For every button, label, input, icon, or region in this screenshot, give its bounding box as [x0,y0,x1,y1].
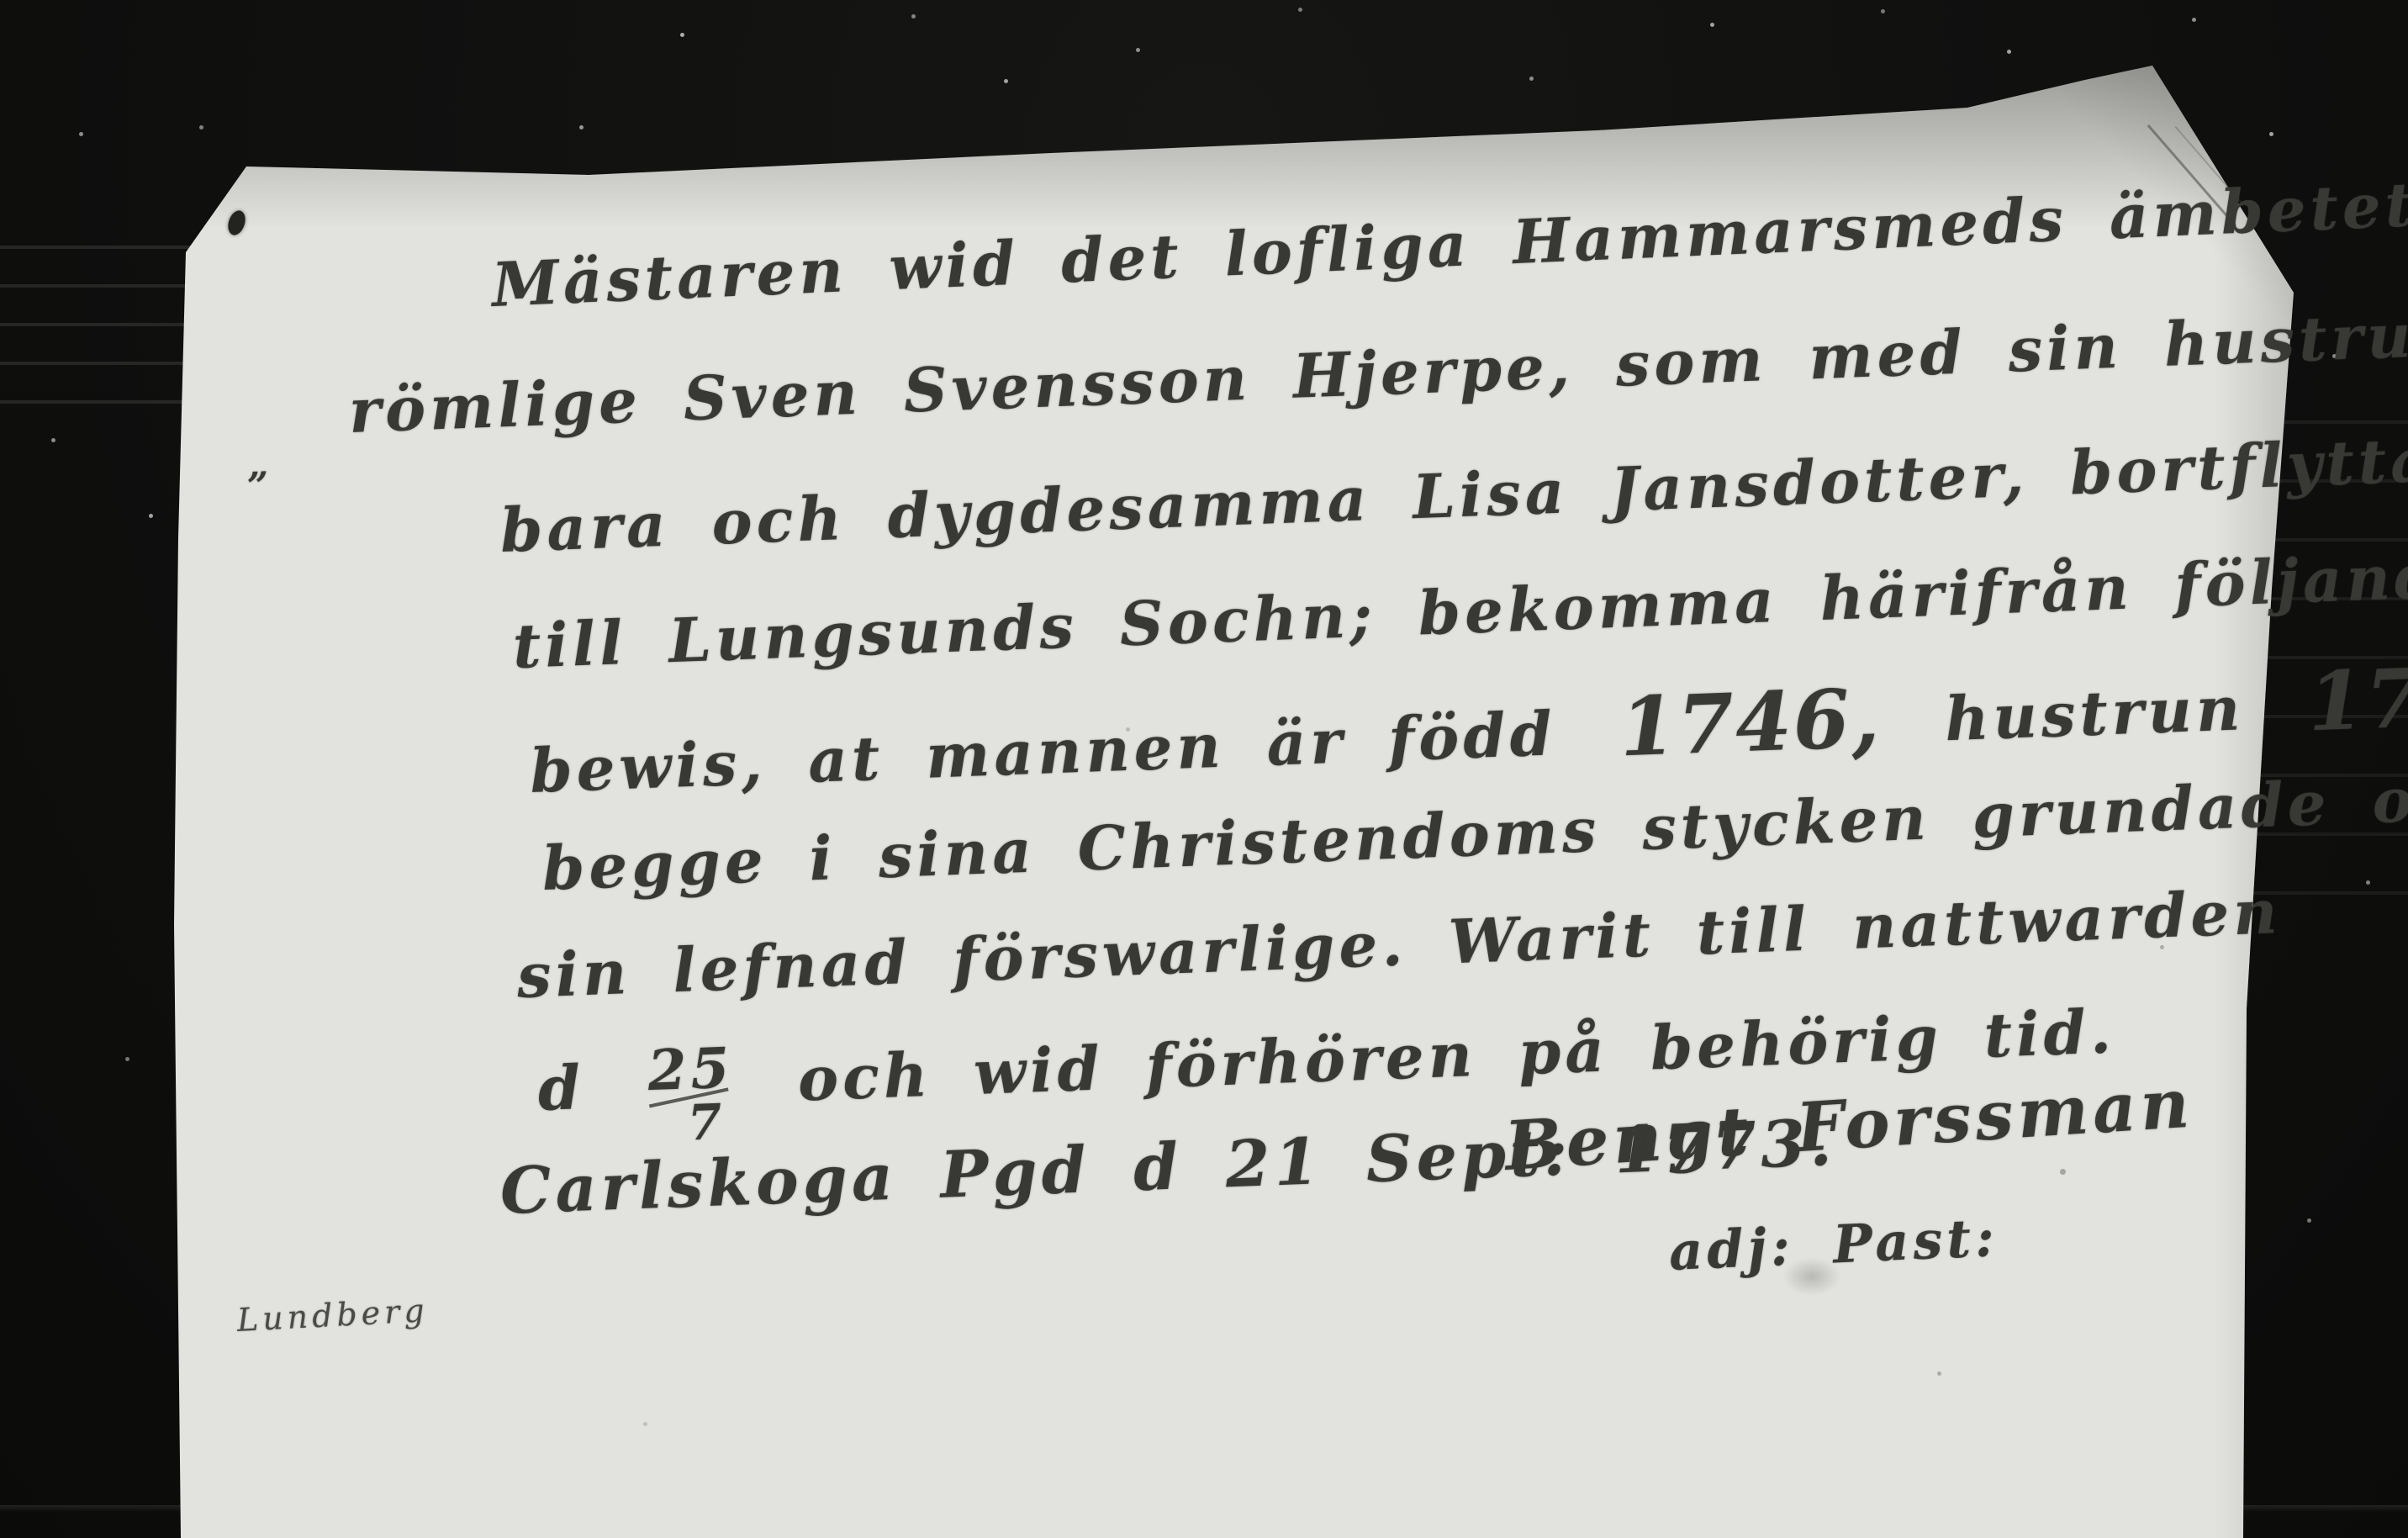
communion-date-fraction: 25 7 [647,1042,736,1148]
margin-ditto-marks: „ [246,443,273,487]
fraction-denominator: 7 [678,1097,737,1146]
film-scan: „ Mästaren wid det lofliga Hammarsmeds ä… [0,0,2408,1538]
line8-text-pre: d [536,1051,585,1124]
line5-text-mid: hustrun [1944,672,2246,754]
birth-year-wife: 1754, [2306,645,2408,749]
film-dust-speckles [0,0,3,3]
film-streaks-left [0,227,193,420]
fraction-numerator: 25 [647,1042,734,1096]
birth-year-husband: 1746, [1619,670,1883,774]
